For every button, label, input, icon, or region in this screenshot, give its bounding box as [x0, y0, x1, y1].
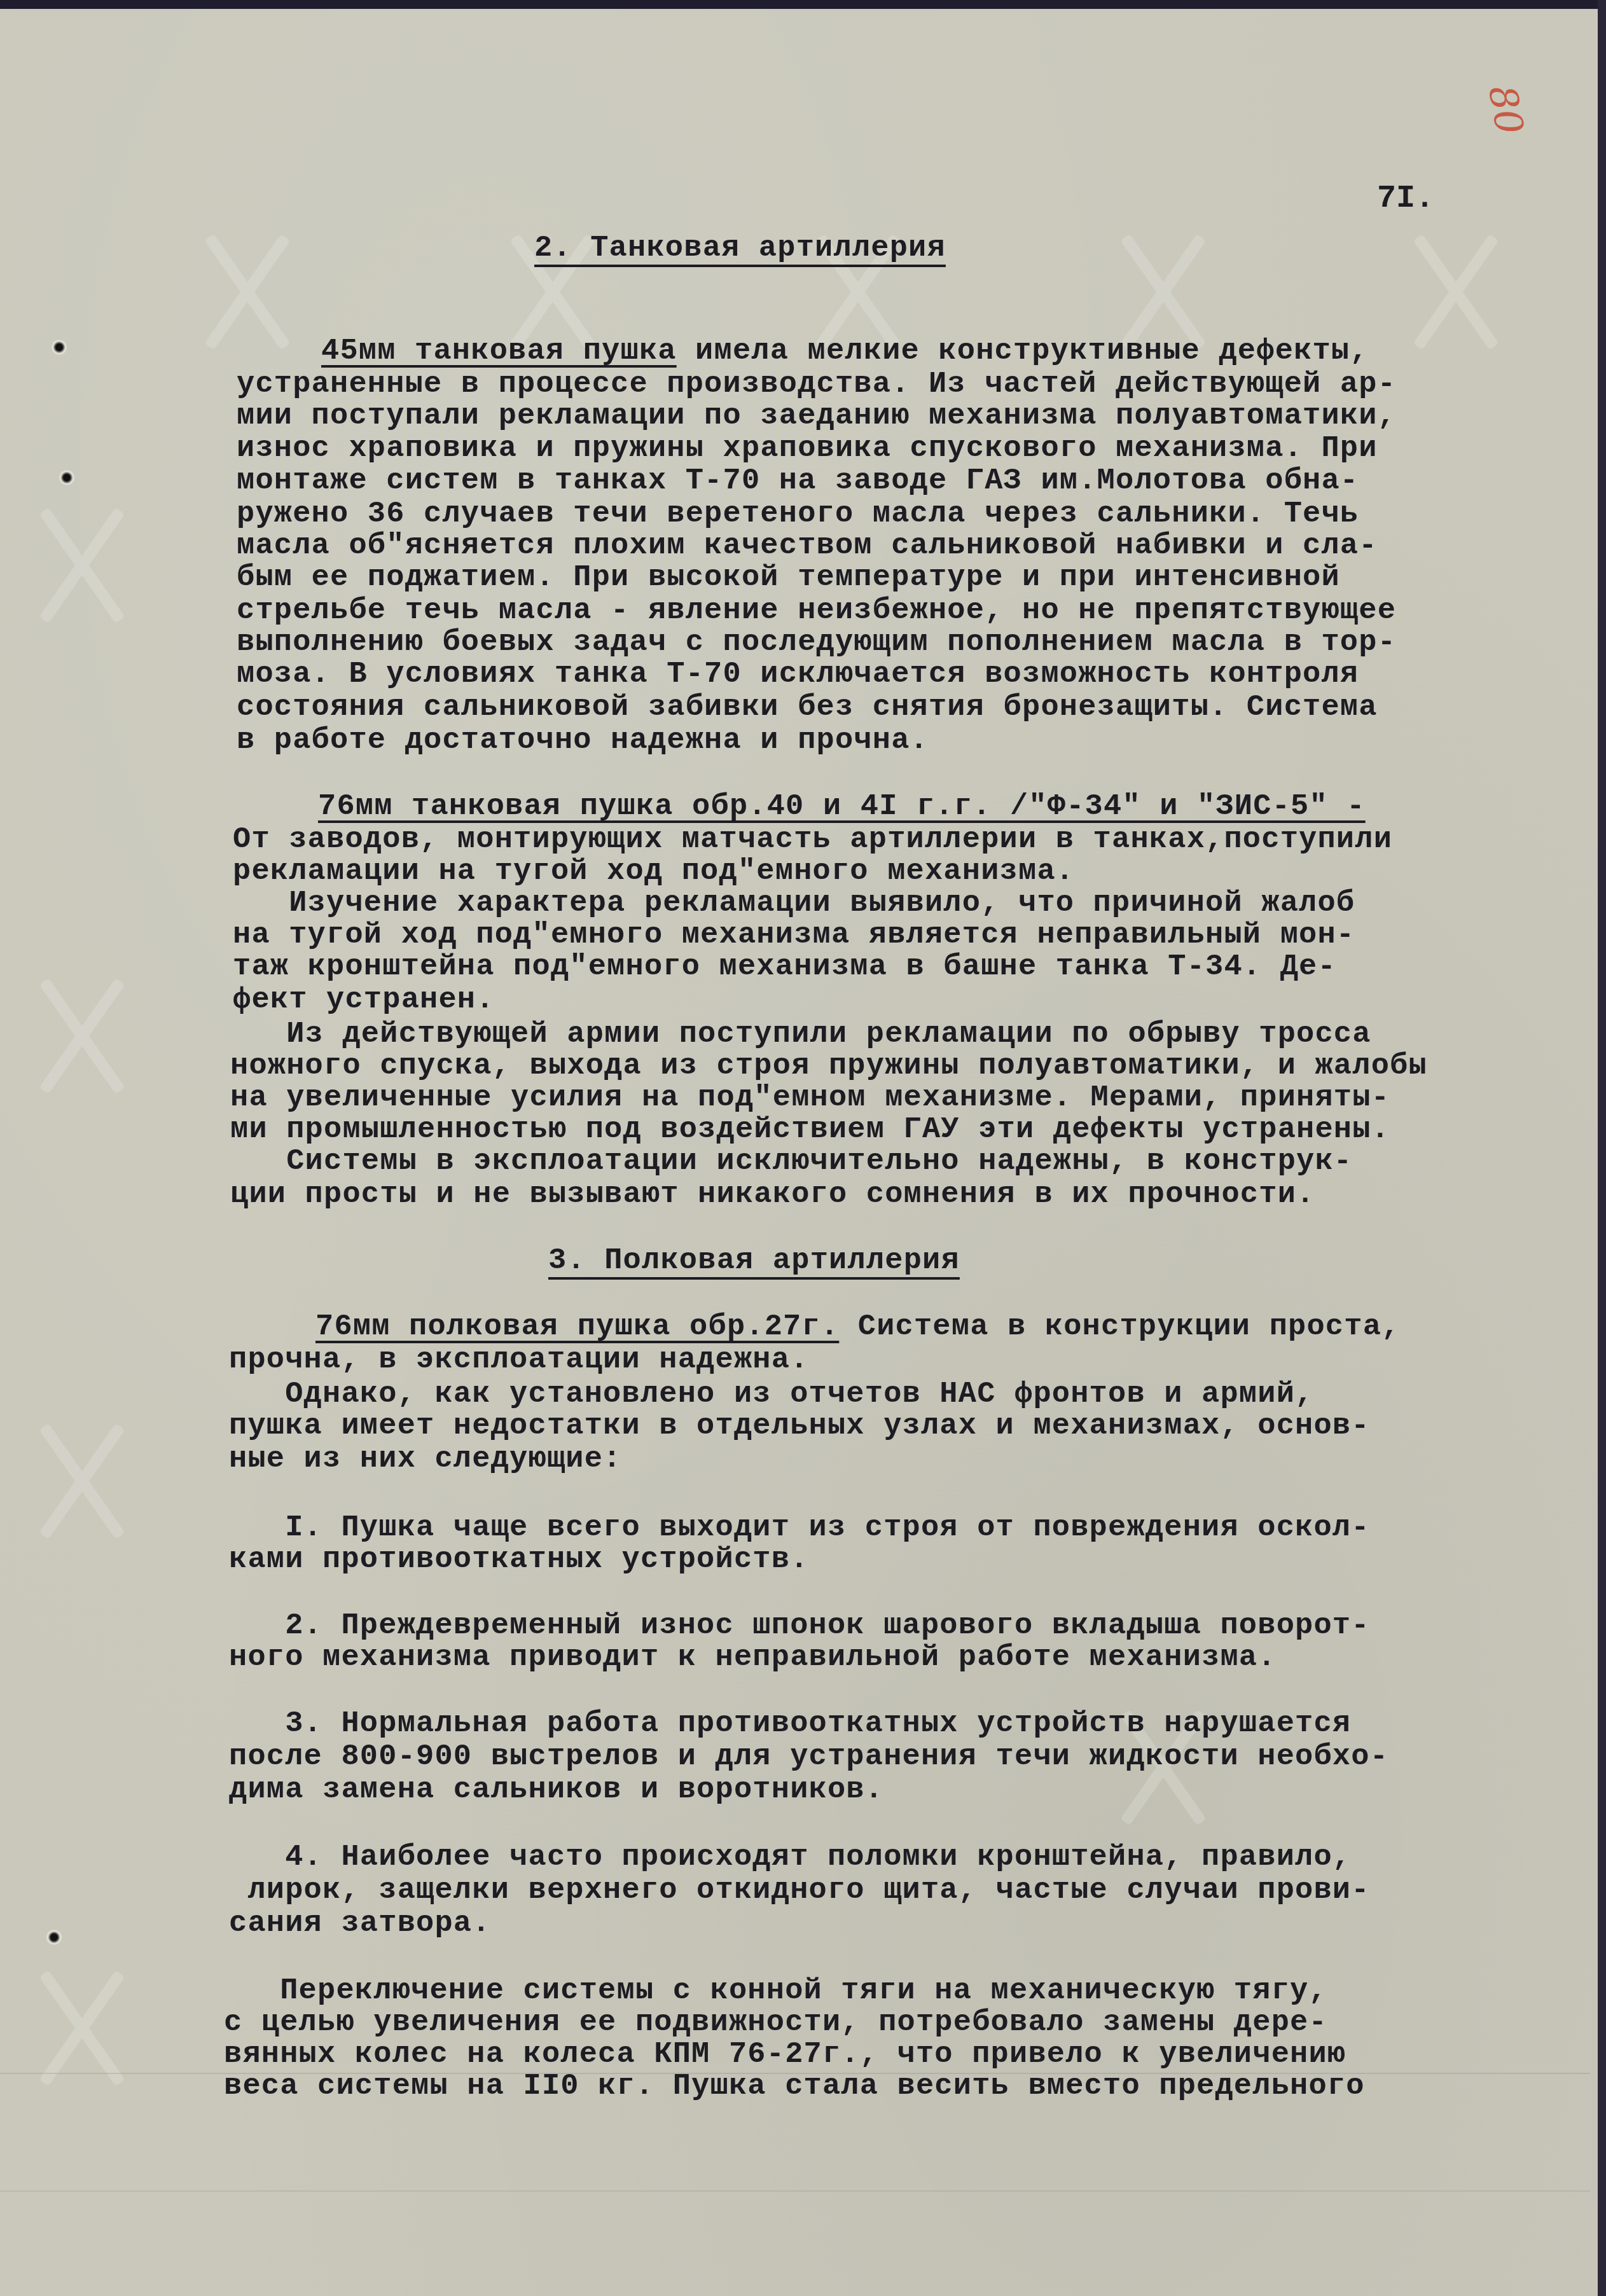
paragraph-line: с целью увеличения ее подвижности, потре… [224, 2006, 1327, 2040]
subject-lead-76mm-regimental: 76мм полковая пушка обр.27г. [315, 1310, 839, 1344]
paragraph-line: рекламации на тугой ход под"емного механ… [233, 855, 1074, 889]
paragraph-line: прочна, в эксплоатации надежна. [229, 1343, 809, 1377]
paragraph-line: бым ее поджатием. При высокой температур… [237, 561, 1340, 595]
page-number: 7I. [1377, 181, 1434, 217]
fold-line [0, 2190, 1590, 2192]
list-item-line: 3. Нормальная работа противооткатных уст… [229, 1707, 1351, 1741]
list-item-line: сания затвора. [229, 1907, 491, 1940]
list-item-line: ками противооткатных устройств. [229, 1543, 809, 1577]
paragraph-line: в работе достаточно надежна и прочна. [237, 724, 929, 757]
paragraph-line: ножного спуска, выхода из строя пружины … [230, 1049, 1427, 1083]
paragraph-line: монтаже систем в танках Т-70 на заводе Г… [237, 464, 1359, 498]
paragraph-line: Системы в эксплоатации исключительно над… [230, 1145, 1352, 1179]
list-item-line: 2. Преждевременный износ шпонок шарового… [229, 1609, 1370, 1643]
paragraph-line: выполнению боевых задач с последующим по… [237, 626, 1396, 660]
paragraph-line: стрельбе течь масла - явление неизбежное… [237, 594, 1396, 628]
paragraph-line: фект устранен. [233, 983, 495, 1017]
list-item-line: 4. Наиболее часто происходят поломки кро… [229, 1841, 1351, 1874]
fold-line [0, 2073, 1590, 2074]
paragraph-line: веса системы на II0 кг. Пушка стала веси… [224, 2070, 1365, 2103]
punch-hole-icon [51, 340, 67, 355]
section-heading-regimental-artillery: 3. Полковая артиллерия [548, 1244, 960, 1278]
paragraph-line: Однако, как установлено из отчетов НАС ф… [229, 1378, 1313, 1411]
watermark-crossed-cannons-icon [25, 1955, 140, 2095]
paragraph-line: Изучение характера рекламации выявило, ч… [233, 887, 1355, 920]
punch-hole-icon [46, 1930, 62, 1945]
watermark-crossed-cannons-icon [25, 492, 140, 632]
list-item-line: I. Пушка чаще всего выходит из строя от … [229, 1511, 1370, 1545]
paragraph-line: Переключение системы с конной тяги на ме… [224, 1974, 1327, 2008]
paragraph-line: устраненные в процессе производства. Из … [237, 368, 1396, 401]
paragraph-line: мии поступали рекламации по заеданию мех… [237, 399, 1396, 433]
paragraph-line: ружено 36 случаев течи веретеного масла … [237, 497, 1359, 531]
watermark-crossed-cannons-icon [25, 1408, 140, 1548]
subject-lead-45mm: 45мм танковая пушка [321, 335, 677, 368]
paragraph-line: ные из них следующие: [229, 1442, 622, 1476]
punch-hole-icon [59, 470, 75, 485]
archive-sheet-number: 80 [1479, 82, 1532, 137]
paragraph-line: 76мм полковая пушка обр.27г. Система в к… [315, 1310, 1400, 1344]
paragraph-line: на увеличенные усилия на под"емном механ… [230, 1081, 1390, 1115]
paragraph-line: Из действующей армии поступили рекламаци… [230, 1018, 1371, 1051]
list-item-line: ного механизма приводит к неправильной р… [229, 1641, 1277, 1675]
paragraph-line: ми промышленностью под воздействием ГАУ … [230, 1113, 1390, 1147]
paragraph-line: состояния сальниковой забивки без снятия… [237, 691, 1378, 724]
paragraph-line: пушка имеет недостатки в отдельных узлах… [229, 1409, 1370, 1443]
paragraph-line: ции просты и не вызывают никакого сомнен… [230, 1178, 1315, 1212]
section-heading-tank-artillery: 2. Танковая артиллерия [534, 232, 946, 265]
page-edge [1598, 0, 1606, 2296]
watermark-crossed-cannons-icon [25, 963, 140, 1103]
paragraph-line: износ храповика и пружины храповика спус… [237, 432, 1378, 466]
paragraph-line: вянных колес на колеса КПМ 76-27г., что … [224, 2038, 1346, 2071]
paragraph-line: От заводов, монтирующих матчасть артилле… [233, 823, 1392, 857]
watermark-crossed-cannons-icon [1399, 219, 1514, 359]
paragraph-line: на тугой ход под"емного механизма являет… [233, 918, 1355, 952]
list-item-line: дима замена сальников и воротников. [229, 1773, 883, 1807]
document-page: 80 7I. 2. Танковая артиллерия 45мм танко… [0, 9, 1598, 2296]
paragraph-line: 45мм танковая пушка имела мелкие констру… [321, 335, 1369, 368]
list-item-line: лирок, защелки верхнего откидного щита, … [229, 1874, 1370, 1907]
list-item-line: после 800-900 выстрелов и для устранения… [229, 1740, 1388, 1774]
paragraph-line: масла об"ясняется плохим качеством сальн… [237, 529, 1378, 563]
paragraph-line: таж кронштейна под"емного механизма в ба… [233, 950, 1336, 984]
watermark-crossed-cannons-icon [191, 219, 305, 359]
subject-lead-76mm-tank: 76мм танковая пушка обр.40 и 4I г.г. /"Ф… [318, 790, 1366, 824]
paragraph-line: моза. В условиях танка Т-70 исключается … [237, 658, 1359, 691]
